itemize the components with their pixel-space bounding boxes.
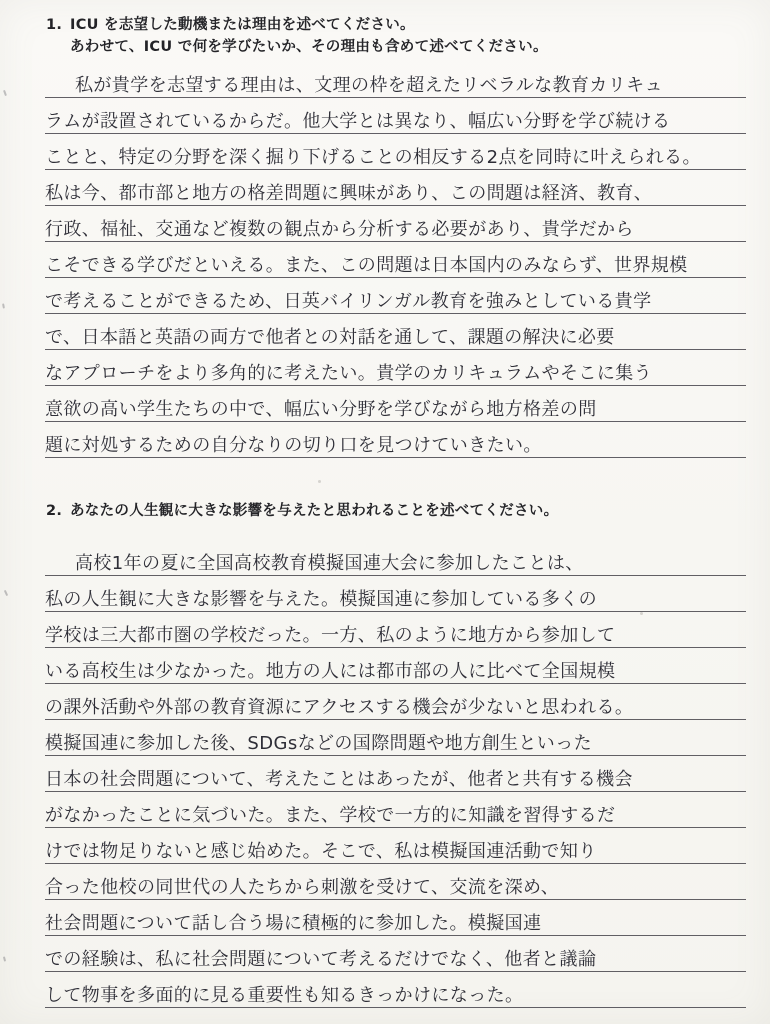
question1-prompt-line1: ICU を志望した動機または理由を述べてください。 — [70, 14, 548, 36]
answer2-line-6: 模擬国連に参加した後、SDGsなどの国際問題や地方創生といった — [45, 720, 746, 756]
question2-prompt-line1: あなたの人生観に大きな影響を与えたと思われることを述べてください。 — [70, 500, 558, 522]
answer2-line-9: けでは物足りないと感じ始めた。そこで、私は模擬国連活動で知り — [45, 828, 746, 864]
answer2-line-4: いる高校生は少なかった。地方の人には都市部の人に比べて全国規模 — [45, 648, 746, 684]
scan-speck — [640, 612, 643, 615]
scan-artifact — [3, 90, 7, 96]
answer2-line-8: がなかったことに気づいた。また、学校で一方的に知識を習得するだ — [45, 792, 746, 828]
question1-prompt-line2: あわせて、ICU で何を学びたいか、その理由も含めて述べてください。 — [70, 36, 548, 58]
answer1-line-2: ラムが設置されているからだ。他大学とは異なり、幅広い分野を学び続ける — [45, 98, 746, 134]
answer1-line-3: ことと、特定の分野を深く掘り下げることの相反する2点を同時に叶えられる。 — [45, 134, 746, 170]
question2-heading: 2. あなたの人生観に大きな影響を与えたと思われることを述べてください。 — [46, 500, 558, 522]
answer2-line-13: して物事を多面的に見る重要性も知るきっかけになった。 — [45, 972, 746, 1008]
scan-artifact — [3, 956, 6, 961]
question1-number: 1. — [46, 14, 70, 58]
answer1-line-4: 私は今、都市部と地方の格差問題に興味があり、この問題は経済、教育、 — [45, 170, 746, 206]
answer1-line-5: 行政、福祉、交通など複数の観点から分析する必要があり、貴学だから — [45, 206, 746, 242]
answer2-line-1: 高校1年の夏に全国高校教育模擬国連大会に参加したことは、 — [45, 540, 746, 576]
answer1-line-11: 題に対処するための自分なりの切り口を見つけていきたい。 — [45, 422, 746, 458]
answer1-line-7: で考えることができるため、日英バイリンガル教育を強みとしている貴学 — [45, 278, 746, 314]
answer2-line-2: 私の人生観に大きな影響を与えた。模擬国連に参加している多くの — [45, 576, 746, 612]
answer1-line-8: で、日本語と英語の両方で他者との対話を通して、課題の解決に必要 — [45, 314, 746, 350]
answer2-line-5: の課外活動や外部の教育資源にアクセスする機会が少ないと思われる。 — [45, 684, 746, 720]
answer1-line-6: こそできる学びだといえる。また、この問題は日本国内のみならず、世界規模 — [45, 242, 746, 278]
answer1-line-1: 私が貴学を志望する理由は、文理の枠を超えたリベラルな教育カリキュ — [45, 62, 746, 98]
scan-artifact — [4, 590, 8, 596]
question2-answer: 高校1年の夏に全国高校教育模擬国連大会に参加したことは、 私の人生観に大きな影響… — [45, 540, 746, 1008]
answer2-line-10: 合った他校の同世代の人たちから刺激を受けて、交流を深め、 — [45, 864, 746, 900]
answer2-line-11: 社会問題について話し合う場に積極的に参加した。模擬国連 — [45, 900, 746, 936]
question2-prompt: あなたの人生観に大きな影響を与えたと思われることを述べてください。 — [70, 500, 558, 522]
scan-artifact — [2, 303, 5, 308]
answer1-line-10: 意欲の高い学生たちの中で、幅広い分野を学びながら地方格差の問 — [45, 386, 746, 422]
scanned-essay-page: 1. ICU を志望した動機または理由を述べてください。 あわせて、ICU で何… — [0, 0, 770, 1024]
answer2-line-7: 日本の社会問題について、考えたことはあったが、他者と共有する機会 — [45, 756, 746, 792]
question1-answer: 私が貴学を志望する理由は、文理の枠を超えたリベラルな教育カリキュ ラムが設置され… — [45, 62, 746, 458]
question1-heading: 1. ICU を志望した動機または理由を述べてください。 あわせて、ICU で何… — [46, 14, 548, 58]
scan-speck — [318, 480, 321, 483]
answer1-line-9: なアプローチをより多角的に考えたい。貴学のカリキュラムやそこに集う — [45, 350, 746, 386]
question2-number: 2. — [46, 500, 70, 522]
answer2-line-12: での経験は、私に社会問題について考えるだけでなく、他者と議論 — [45, 936, 746, 972]
question1-prompt: ICU を志望した動機または理由を述べてください。 あわせて、ICU で何を学び… — [70, 14, 548, 58]
answer2-line-3: 学校は三大都市圏の学校だった。一方、私のように地方から参加して — [45, 612, 746, 648]
